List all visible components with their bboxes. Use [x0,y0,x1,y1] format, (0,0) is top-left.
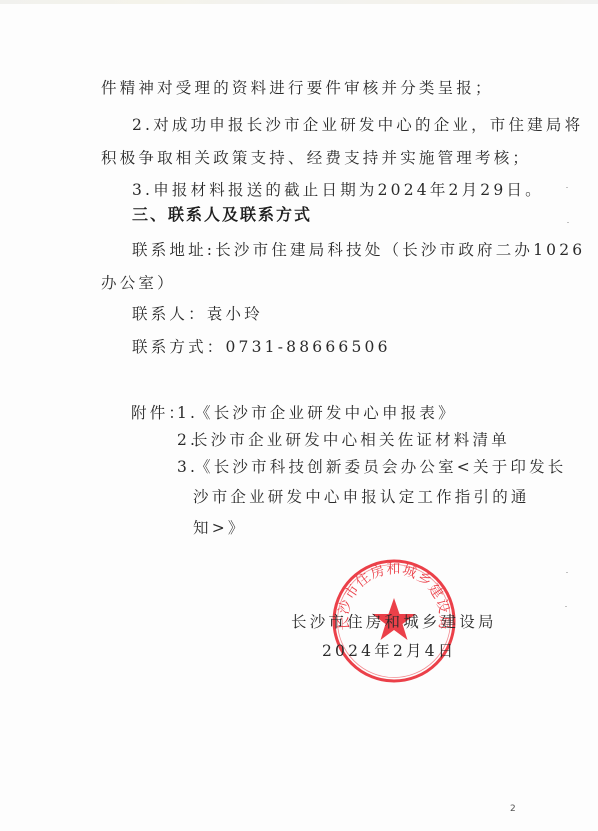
contact-address-line1: 联系地址:长沙市住建局科技处（长沙市政府二办1026 [132,240,585,260]
attachment-title-line3: 知>》 [193,518,247,538]
paragraph-item2-line1: 2.对成功申报长沙市企业研发中心的企业，市住建局将 [132,115,583,135]
attachment-title-line2: 沙市企业研发中心申报认定工作指引的通 [193,487,530,507]
issuing-authority: 长沙市住房和城乡建设局 [291,612,497,632]
scan-top-edge [0,0,598,4]
scan-speck [567,222,569,223]
page-number: 2 [510,804,516,814]
paragraph-item1-continuation: 件精神对受理的资料进行要件审核并分类呈报； [101,78,494,98]
issue-date: 2024年2月4日 [322,641,456,661]
attachment-title: 长沙市企业研发中心相关佐证材料清单 [192,430,510,450]
contact-address-line2: 办公室） [101,273,176,293]
paragraph-item3-deadline: 3.申报材料报送的截止日期为2024年2月29日。 [132,180,544,200]
scan-speck [565,606,567,607]
contact-phone: 联系方式：0731-88666506 [132,337,391,357]
attachment-title-line1: 《长沙市科技创新委员会办公室<关于印发长 [195,457,567,477]
scan-speck [566,572,568,573]
section-heading-contacts: 三、联系人及联系方式 [132,205,312,225]
paragraph-item2-line2: 积极争取相关政策支持、经费支持并实施管理考核； [101,148,531,168]
contact-person: 联系人：袁小玲 [132,304,263,324]
attachment-title: 《长沙市企业研发中心申报表》 [195,403,457,423]
scan-speck [566,187,568,188]
